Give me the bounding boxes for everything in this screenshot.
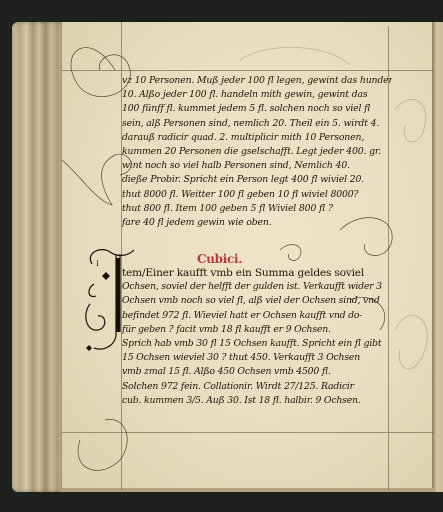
text-line: dieße Probir. Spricht ein Person legt 40… (122, 173, 392, 187)
page-bottom-edge (62, 488, 434, 492)
text-line: vmb zmal 15 fl. Alßo 450 Ochsen vmb 4500… (122, 365, 397, 379)
text-line: 100 fünff fl. kummet jedem 5 fl. solchen… (122, 102, 392, 116)
section-text-block: tem/Einer kaufft vmb ein Summa geldes so… (122, 266, 397, 408)
text-line: Solchen 972 fein. Collationir. Wirdt 27/… (122, 380, 397, 394)
text-line: Ochsen, soviel der helfft der gulden ist… (122, 280, 397, 294)
text-line: tem/Einer kaufft vmb ein Summa geldes so… (122, 266, 397, 280)
text-line: vz 10 Personen. Muß jeder 100 fl legen, … (122, 74, 392, 88)
facing-page-edge (432, 22, 443, 492)
text-line: kummen 20 Personen die gselschafft. Legt… (122, 145, 392, 159)
text-line: cub. kummen 3/5. Auß 30. Ist 18 fl. halb… (122, 394, 397, 408)
text-line: für geben ? facit vmb 18 fl kaufft er 9 … (122, 323, 397, 337)
text-line: fare 40 fl jedem gewin wie oben. (122, 216, 392, 230)
text-line: Sprich hab vmb 30 fl 15 Ochsen kaufft. S… (122, 337, 397, 351)
section-heading: Cubici. (197, 252, 242, 266)
svg-text:I: I (96, 260, 99, 268)
text-line: darauß radicir quad. 2. multiplicir mith… (122, 131, 392, 145)
text-line: wint noch so viel halb Personen sind, Ne… (122, 159, 392, 173)
manuscript-scan: I vz 10 Personen. Muß jeder 100 fl legen… (0, 0, 443, 512)
ruling-line-top (62, 70, 434, 71)
text-line: sein, alß Personen sind, nemlich 20. The… (122, 117, 392, 131)
ruling-line-bottom (62, 432, 434, 433)
text-line: 15 Ochsen wieviel 30 ? thut 450. Verkauf… (122, 351, 397, 365)
text-line: thut 8000 fl. Weitter 100 fl geben 10 fl… (122, 188, 392, 202)
text-line: Ochsen vmb noch so viel fl, alß viel der… (122, 294, 397, 308)
text-line: 10. Alßo jeder 100 fl. handeln mith gewi… (122, 88, 392, 102)
text-line: befindet 972 fl. Wieviel hatt er Ochsen … (122, 309, 397, 323)
book-page-edges (12, 22, 64, 492)
text-line: thut 800 fl. Item 100 geben 5 fl Wiviel … (122, 202, 392, 216)
upper-text-block: vz 10 Personen. Muß jeder 100 fl legen, … (122, 74, 392, 230)
